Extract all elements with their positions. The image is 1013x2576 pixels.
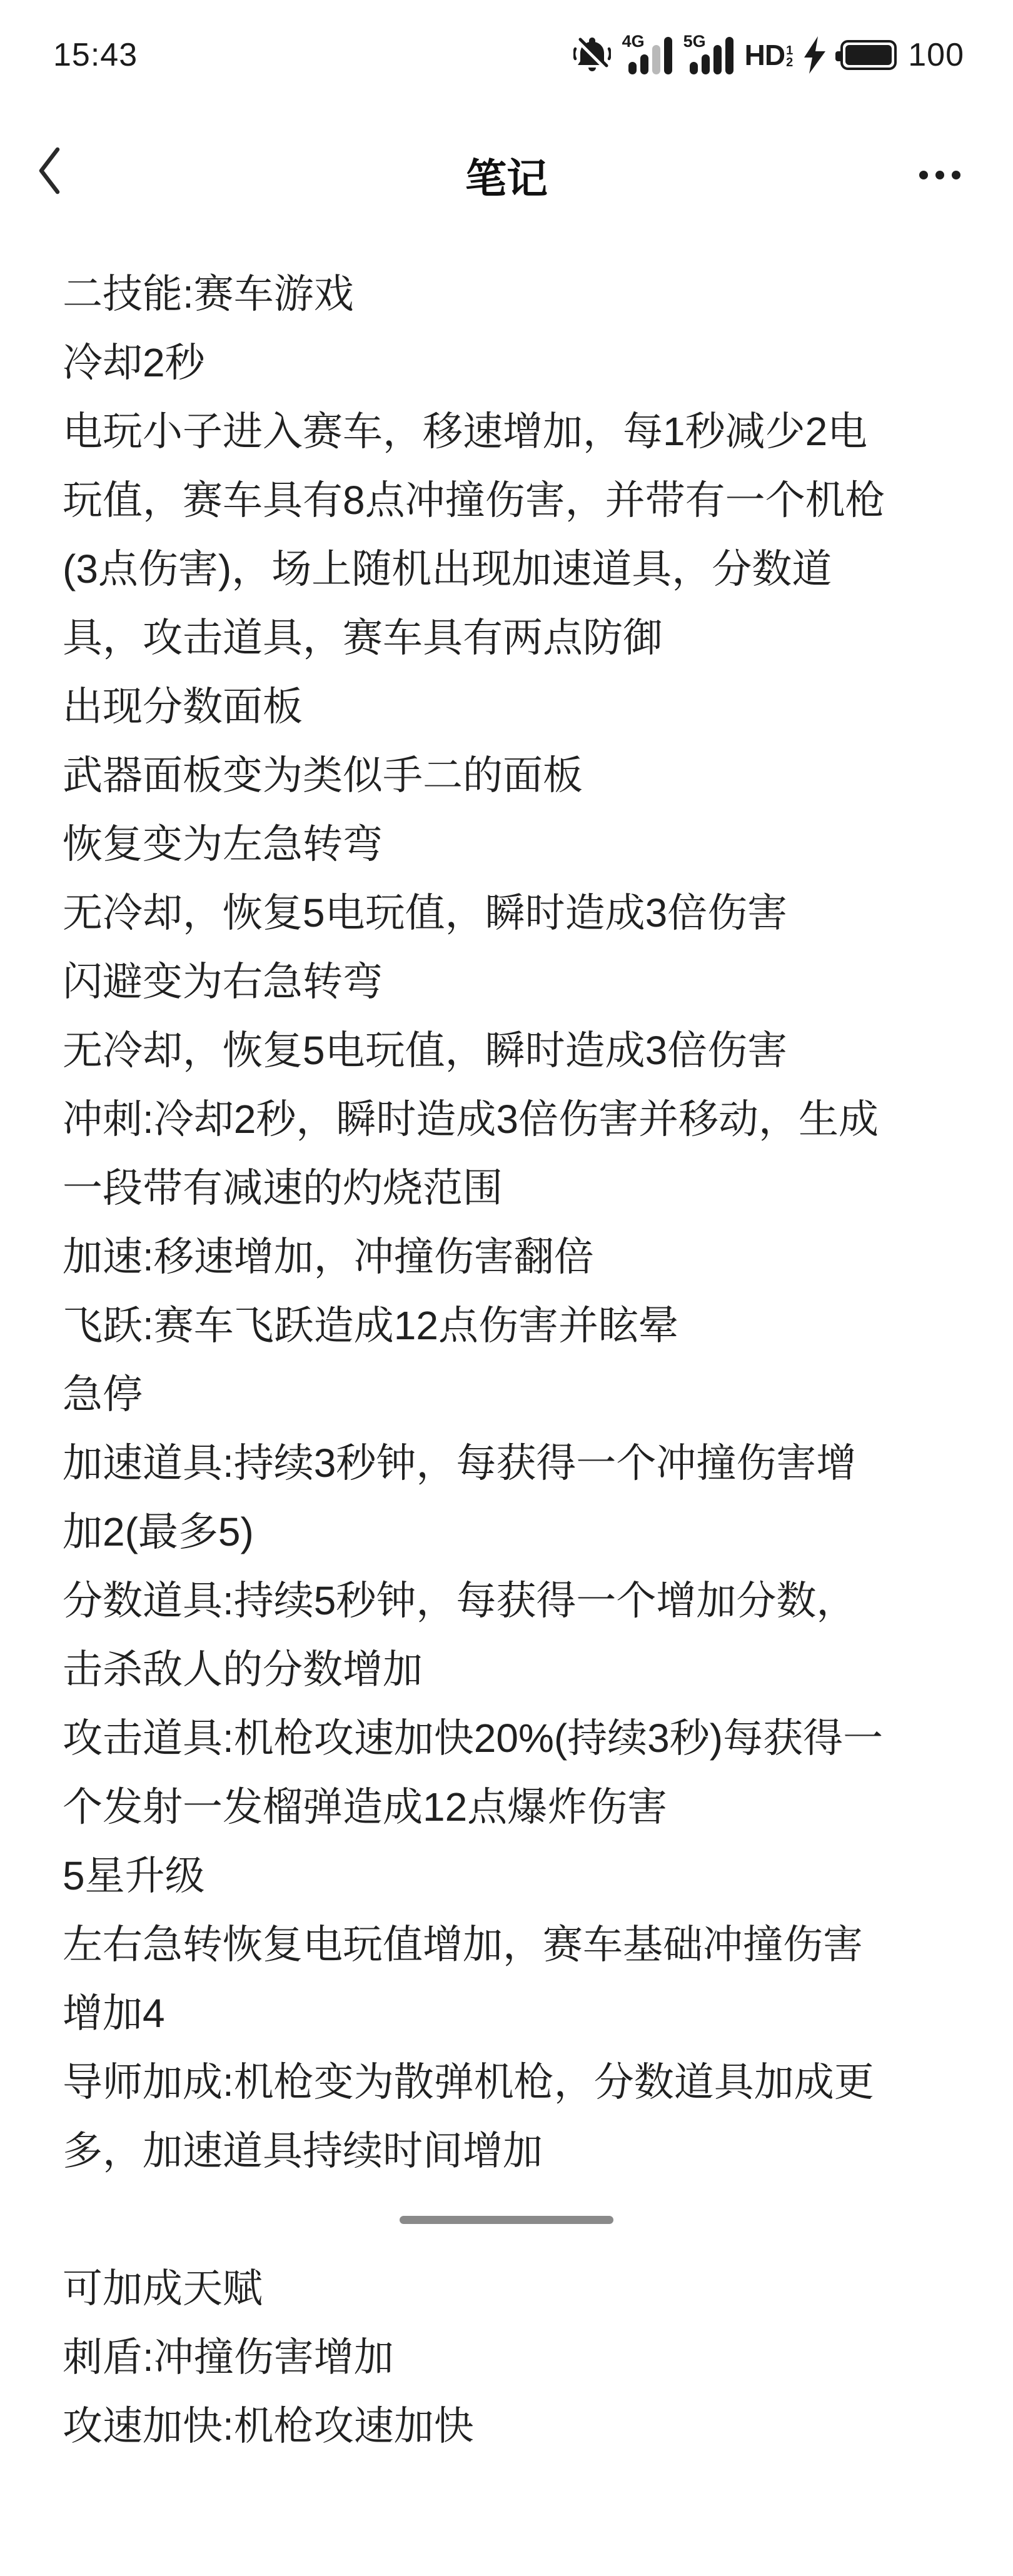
mute-bell-slash-icon xyxy=(573,35,611,75)
note-line[interactable]: 导师加成:机枪变为散弹机枪，分数道具加成更 xyxy=(63,2048,950,2116)
note-line[interactable]: 5星升级 xyxy=(63,1841,950,1910)
note-line[interactable]: 出现分数面板 xyxy=(63,672,950,741)
hd-label: HD xyxy=(745,38,785,72)
signal-5g-bars xyxy=(690,37,733,74)
note-line[interactable]: 增加4 xyxy=(63,1979,950,2048)
note-line[interactable]: 加速道具:持续3秒钟，每获得一个冲撞伤害增 xyxy=(63,1429,950,1497)
battery-icon xyxy=(840,40,897,70)
battery-fill xyxy=(845,45,892,65)
note-line[interactable]: 电玩小子进入赛车，移速增加，每1秒减少2电 xyxy=(63,397,950,466)
more-dot xyxy=(952,171,960,179)
note-line[interactable]: (3点伤害)，场上随机出现加速道具，分数道 xyxy=(63,535,950,603)
note-line[interactable]: 一段带有减速的灼烧范围 xyxy=(63,1154,950,1222)
note-lines-before-divider: 二技能:赛车游戏冷却2秒电玩小子进入赛车，移速增加，每1秒减少2电玩值，赛车具有… xyxy=(63,259,950,2185)
note-line[interactable]: 恢复变为左急转弯 xyxy=(63,810,950,878)
status-bar: 15:43 4G 5G xyxy=(0,0,1013,103)
signal-5g-icon: 5G xyxy=(683,34,733,76)
note-line[interactable]: 攻击道具:机枪攻速加快20%(持续3秒)每获得一 xyxy=(63,1704,950,1773)
chevron-left-icon xyxy=(36,146,64,196)
note-line[interactable]: 刺盾:冲撞伤害增加 xyxy=(63,2323,950,2392)
note-line[interactable]: 加速:移速增加，冲撞伤害翻倍 xyxy=(63,1222,950,1291)
hd-sim-bottom: 2 xyxy=(786,57,793,69)
note-line[interactable]: 闪避变为右急转弯 xyxy=(63,947,950,1016)
status-time: 15:43 xyxy=(53,38,138,73)
note-line[interactable]: 冲刺:冷却2秒，瞬时造成3倍伤害并移动，生成 xyxy=(63,1085,950,1154)
note-line[interactable]: 攻速加快:机枪攻速加快 xyxy=(63,2392,950,2460)
notes-app-screen: 15:43 4G 5G xyxy=(0,0,1013,2576)
nav-bar: 笔记 xyxy=(0,125,1013,225)
signal-4g-icon: 4G xyxy=(622,34,672,76)
more-dot xyxy=(919,171,928,179)
note-line[interactable]: 无冷却，恢复5电玩值，瞬时造成3倍伤害 xyxy=(63,1016,950,1085)
status-icon-cluster: 4G 5G HD 1 2 xyxy=(573,33,964,78)
note-lines-after-divider: 可加成天赋刺盾:冲撞伤害增加攻速加快:机枪攻速加快 xyxy=(63,2254,950,2460)
note-line[interactable]: 多，加速道具持续时间增加 xyxy=(63,2116,950,2185)
note-line[interactable]: 玩值，赛车具有8点冲撞伤害，并带有一个机枪 xyxy=(63,466,950,535)
back-button[interactable] xyxy=(33,143,68,199)
note-line[interactable]: 左右急转恢复电玩值增加，赛车基础冲撞伤害 xyxy=(63,1910,950,1979)
more-dot xyxy=(935,171,944,179)
volte-hd-icon: HD 1 2 xyxy=(745,34,794,76)
note-editor[interactable]: 二技能:赛车游戏冷却2秒电玩小子进入赛车，移速增加，每1秒减少2电玩值，赛车具有… xyxy=(63,259,950,2460)
charging-bolt-icon xyxy=(804,36,825,74)
note-line[interactable]: 可加成天赋 xyxy=(63,2254,950,2323)
note-line[interactable]: 急停 xyxy=(63,1360,950,1429)
more-options-button[interactable] xyxy=(912,158,968,193)
note-line[interactable]: 二技能:赛车游戏 xyxy=(63,259,950,328)
note-line[interactable]: 击杀敌人的分数增加 xyxy=(63,1635,950,1704)
note-line[interactable]: 分数道具:持续5秒钟，每获得一个增加分数， xyxy=(63,1566,950,1635)
note-line[interactable]: 武器面板变为类似手二的面板 xyxy=(63,741,950,810)
battery-percent: 100 xyxy=(908,36,964,74)
note-line[interactable]: 无冷却，恢复5电玩值，瞬时造成3倍伤害 xyxy=(63,878,950,947)
page-title: 笔记 xyxy=(465,146,548,205)
hd-sim-indicator: 1 2 xyxy=(786,45,793,69)
note-divider xyxy=(400,2216,613,2224)
note-line[interactable]: 加2(最多5) xyxy=(63,1497,950,1566)
note-line[interactable]: 具，攻击道具，赛车具有两点防御 xyxy=(63,603,950,672)
battery-nub xyxy=(835,51,840,61)
signal-4g-bars xyxy=(628,37,672,74)
note-line[interactable]: 冷却2秒 xyxy=(63,328,950,397)
note-line[interactable]: 个发射一发榴弹造成12点爆炸伤害 xyxy=(63,1773,950,1841)
divider-row xyxy=(63,2185,950,2254)
note-line[interactable]: 飞跃:赛车飞跃造成12点伤害并眩晕 xyxy=(63,1291,950,1360)
